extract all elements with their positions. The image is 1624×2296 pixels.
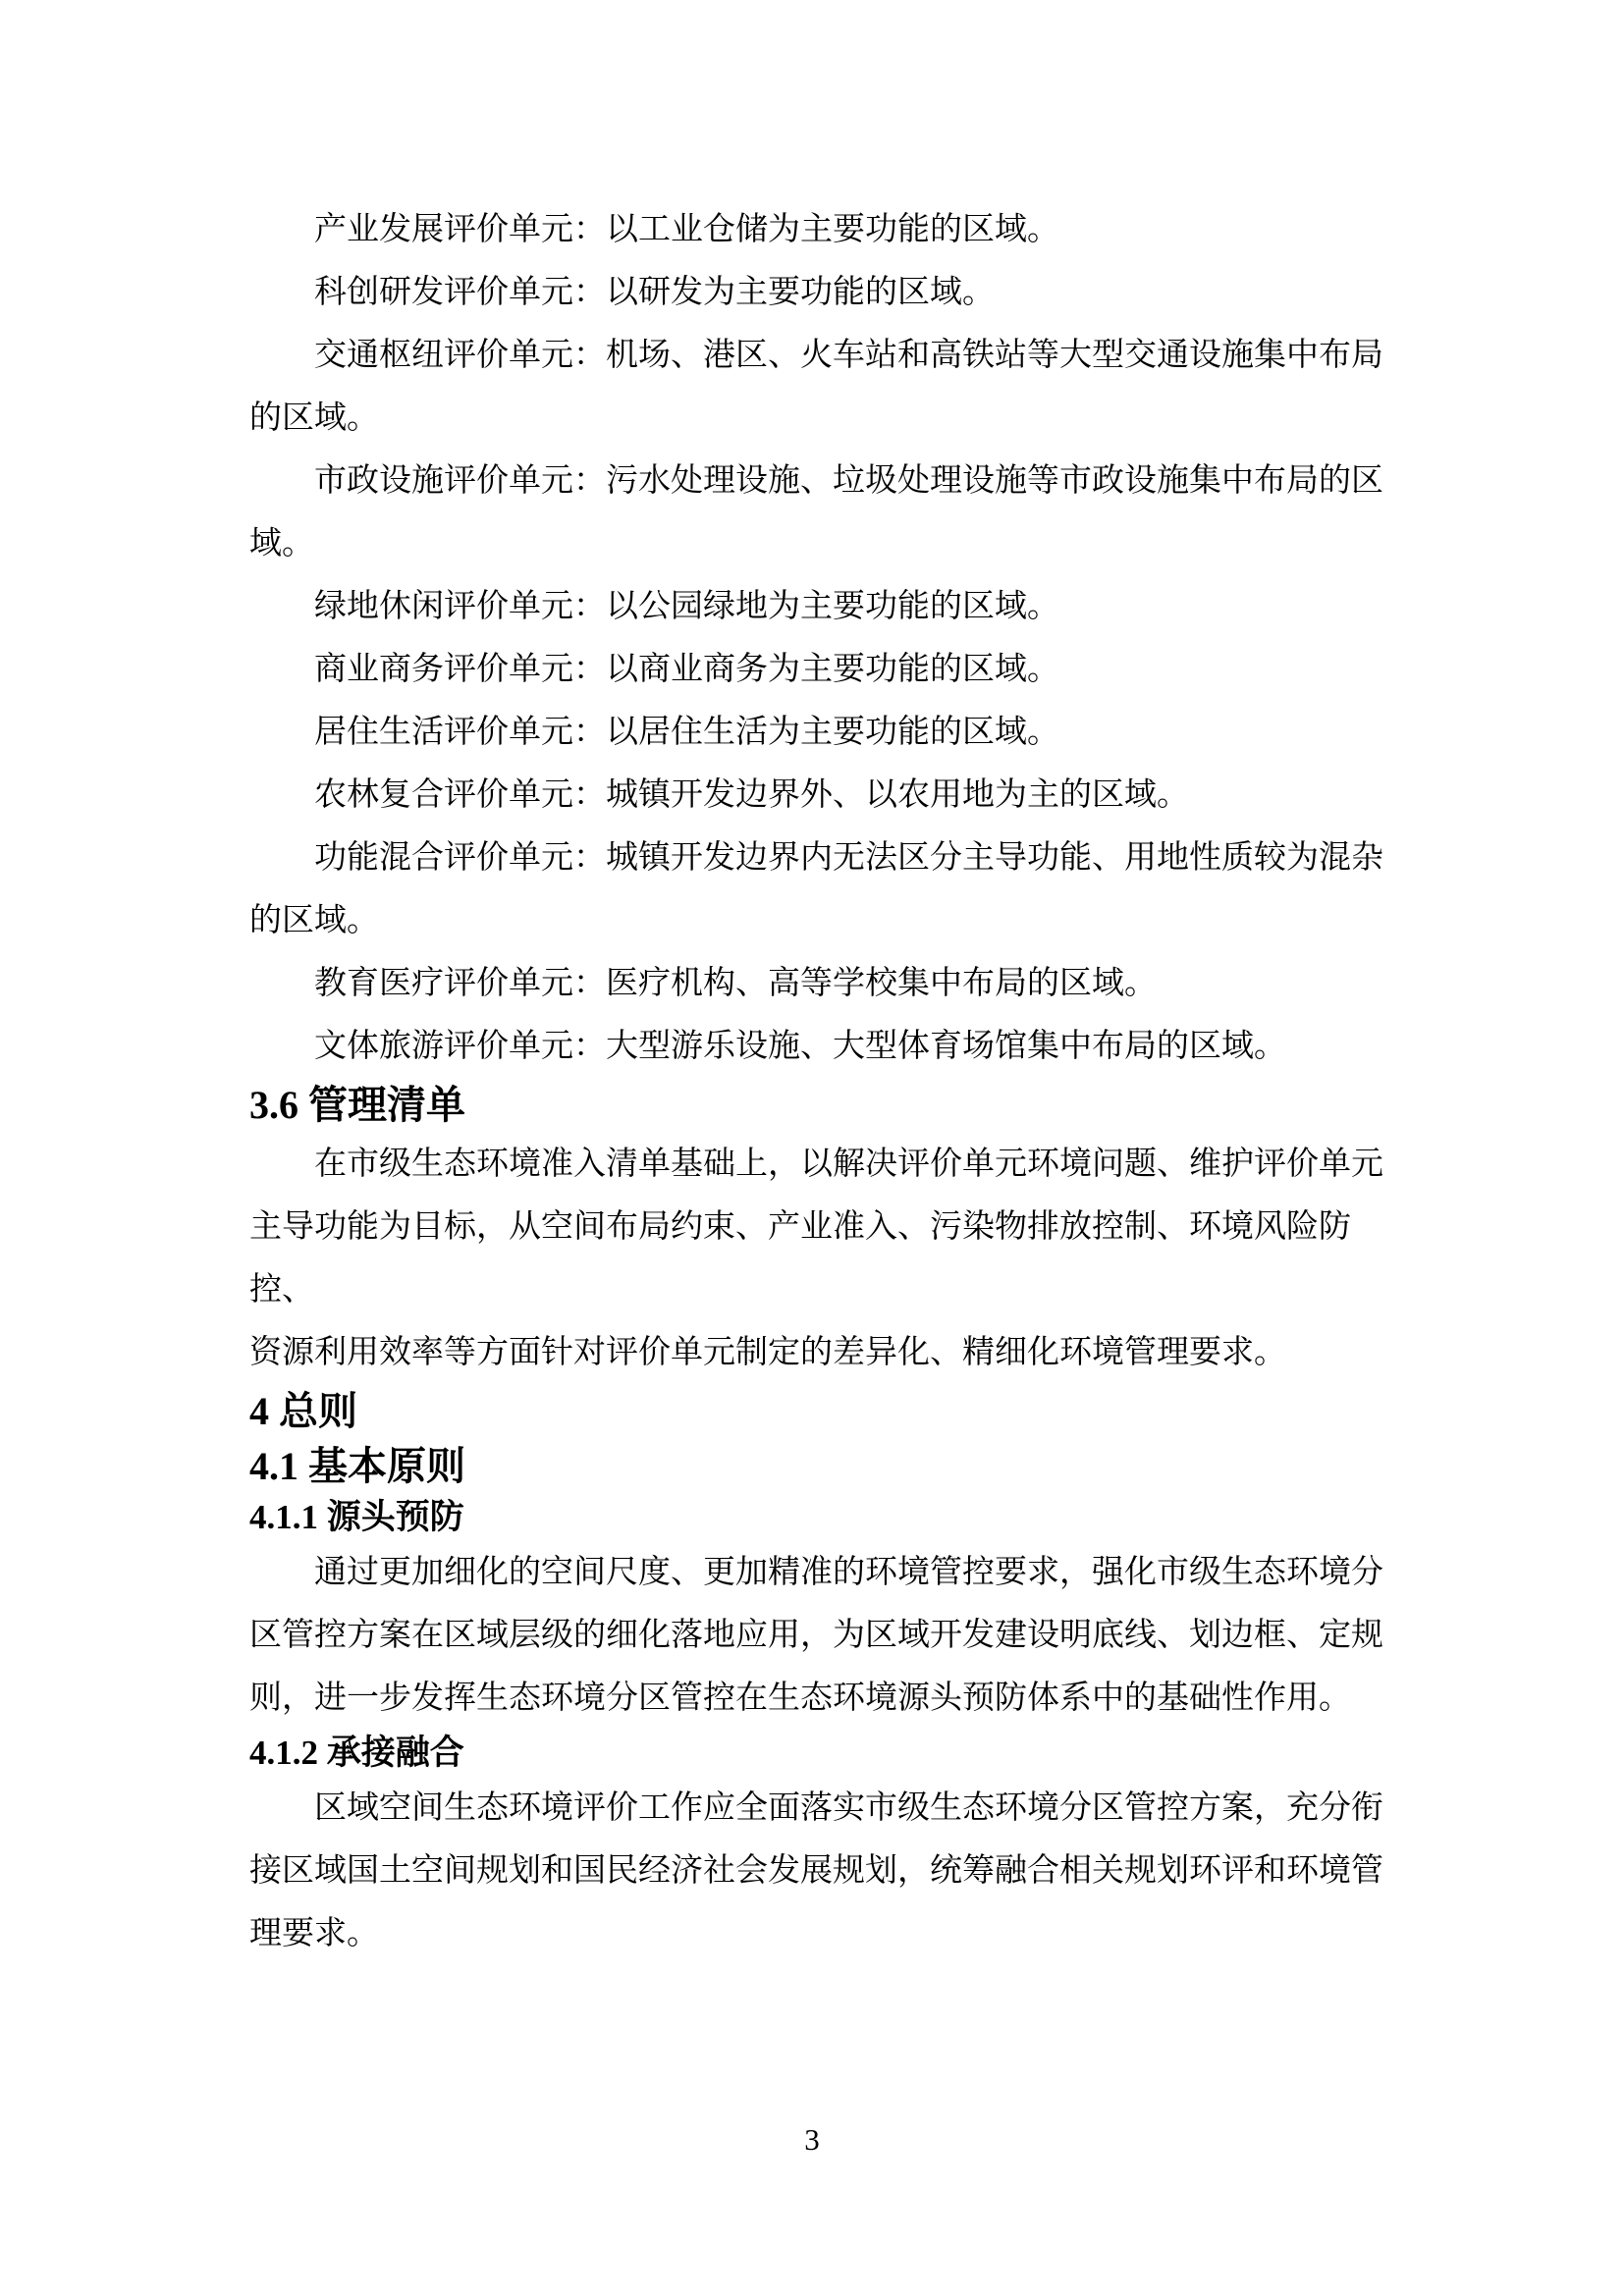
definition-transport-hub: 交通枢纽评价单元：机场、港区、火车站和高铁站等大型交通设施集中布局 的区域。 xyxy=(249,324,1386,450)
definition-green-leisure: 绿地休闲评价单元：以公园绿地为主要功能的区域。 xyxy=(249,575,1386,638)
section-heading-3-6: 3.6 管理清单 xyxy=(249,1078,1386,1133)
document-page: 产业发展评价单元：以工业仓储为主要功能的区域。 科创研发评价单元：以研发为主要功… xyxy=(0,0,1624,2296)
paragraph-3-6: 在市级生态环境准入清单基础上，以解决评价单元环境问题、维护评价单元 主导功能为目… xyxy=(249,1133,1386,1384)
section-heading-4-1: 4.1 基本原则 xyxy=(249,1439,1386,1494)
page-content: 产业发展评价单元：以工业仓储为主要功能的区域。 科创研发评价单元：以研发为主要功… xyxy=(249,198,1386,1965)
definition-education-medical: 教育医疗评价单元：医疗机构、高等学校集中布局的区域。 xyxy=(249,952,1386,1015)
paragraph-4-1-1: 通过更加细化的空间尺度、更加精准的环境管控要求，强化市级生态环境分 区管控方案在… xyxy=(249,1541,1386,1730)
section-heading-4-1-1: 4.1.1 源头预防 xyxy=(249,1494,1386,1541)
section-heading-4: 4 总则 xyxy=(249,1384,1386,1439)
page-number: 3 xyxy=(0,2120,1624,2160)
section-heading-4-1-2: 4.1.2 承接融合 xyxy=(249,1730,1386,1777)
paragraph-4-1-2: 区域空间生态环境评价工作应全面落实市级生态环境分区管控方案，充分衔 接区域国土空… xyxy=(249,1777,1386,1965)
definition-agroforestry-composite: 农林复合评价单元：城镇开发边界外、以农用地为主的区域。 xyxy=(249,764,1386,827)
definition-mixed-function: 功能混合评价单元：城镇开发边界内无法区分主导功能、用地性质较为混杂 的区域。 xyxy=(249,827,1386,952)
definition-commerce-business: 商业商务评价单元：以商业商务为主要功能的区域。 xyxy=(249,638,1386,701)
definition-industry-development: 产业发展评价单元：以工业仓储为主要功能的区域。 xyxy=(249,198,1386,261)
definition-municipal-facilities: 市政设施评价单元：污水处理设施、垃圾处理设施等市政设施集中布局的区 域。 xyxy=(249,450,1386,575)
definition-residential-living: 居住生活评价单元：以居住生活为主要功能的区域。 xyxy=(249,701,1386,764)
definition-culture-sports-tourism: 文体旅游评价单元：大型游乐设施、大型体育场馆集中布局的区域。 xyxy=(249,1015,1386,1078)
definition-research-development: 科创研发评价单元：以研发为主要功能的区域。 xyxy=(249,261,1386,324)
